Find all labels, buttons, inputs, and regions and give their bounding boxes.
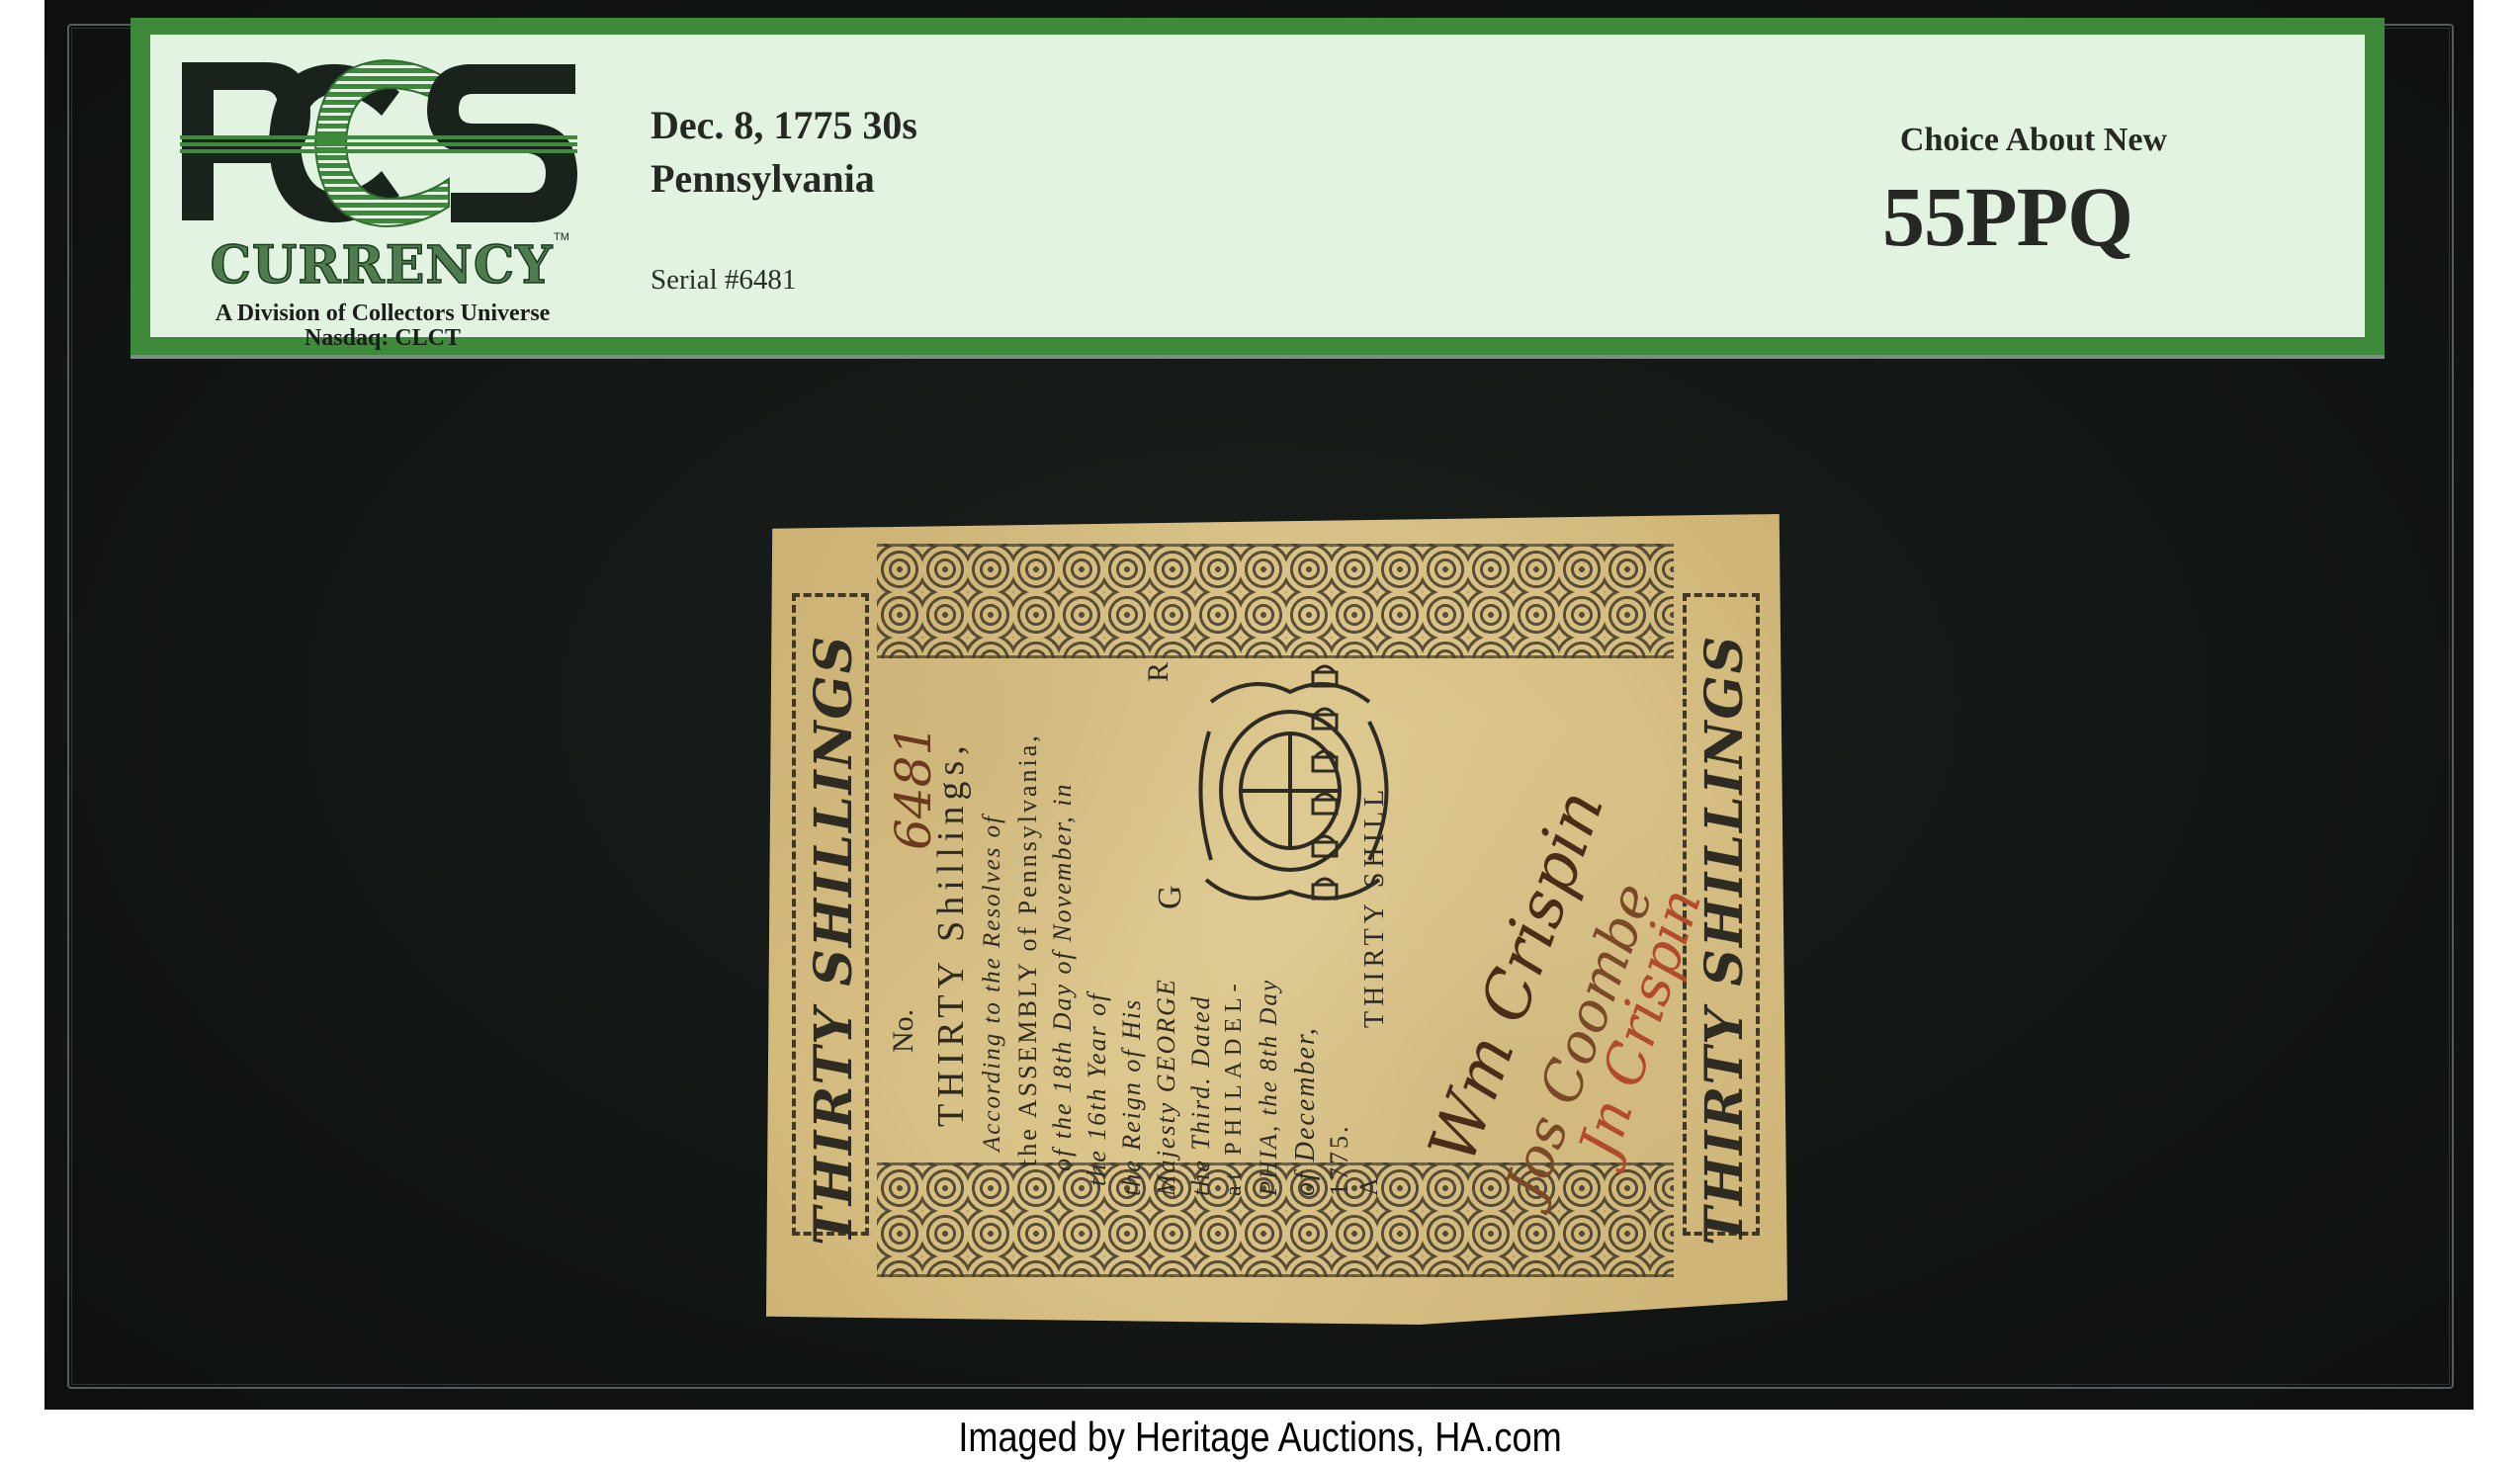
image-credit-caption: Imaged by Heritage Auctions, HA.com <box>176 1414 2343 1461</box>
text-line-8: at PHILADEL- <box>1221 978 1248 1196</box>
division-text: A Division of Collectors Universe Nasdaq… <box>170 301 595 351</box>
text-line-6: Majesty GEORGE <box>1152 978 1181 1196</box>
division-line-2: Nasdaq: CLCT <box>170 326 595 351</box>
note-state: Pennsylvania <box>651 155 875 202</box>
center-denomination: THIRTY SHILL <box>1359 785 1391 1028</box>
crowns-column-icon <box>1305 657 1345 914</box>
text-line-10: of December, <box>1290 1026 1322 1196</box>
brand-subtitle: CURRENCY <box>179 240 584 292</box>
label-panel: TM CURRENCY A Division of Collectors Uni… <box>150 35 2365 337</box>
text-line-2: the ASSEMBLY of Pennsylvania, <box>1013 732 1043 1166</box>
grade-description: Choice About New <box>1900 122 2167 159</box>
grading-label: TM CURRENCY A Division of Collectors Uni… <box>130 18 2385 355</box>
text-line-7: the Third. Dated <box>1186 994 1216 1196</box>
grade-value: 55PPQ <box>1882 167 2132 266</box>
text-line-5: the Reign of His <box>1117 998 1147 1196</box>
side-panel-left: THIRTY SHILLINGS <box>792 554 869 1275</box>
serial-number: Serial #6481 <box>651 264 796 297</box>
pcgs-logo-icon: TM <box>172 52 587 339</box>
side-text-right: THIRTY SHILLINGS <box>1694 635 1755 1246</box>
text-line-11: 1775. <box>1325 1124 1354 1197</box>
text-line-1: According to the Resolves of <box>979 815 1006 1152</box>
note-description: Dec. 8, 1775 30s <box>651 102 917 148</box>
monogram-r: R <box>1142 662 1175 682</box>
side-text-left: THIRTY SHILLINGS <box>804 635 864 1246</box>
text-line-9: PHIA, the 8th Day <box>1256 979 1283 1196</box>
text-line-3: of the 18th Day of November, in <box>1048 783 1078 1171</box>
currency-note: THIRTY SHILLINGS THIRTY SHILLINGS No. 64… <box>766 514 1787 1325</box>
ornamental-border-top <box>877 544 1674 658</box>
division-line-1: A Division of Collectors Universe <box>170 301 595 326</box>
plate-letter: A <box>1354 1177 1384 1196</box>
text-line-4: the 16th Year of <box>1083 992 1112 1186</box>
denomination-line: THIRTY Shillings, <box>929 739 973 1127</box>
number-label: No. <box>887 1009 920 1053</box>
